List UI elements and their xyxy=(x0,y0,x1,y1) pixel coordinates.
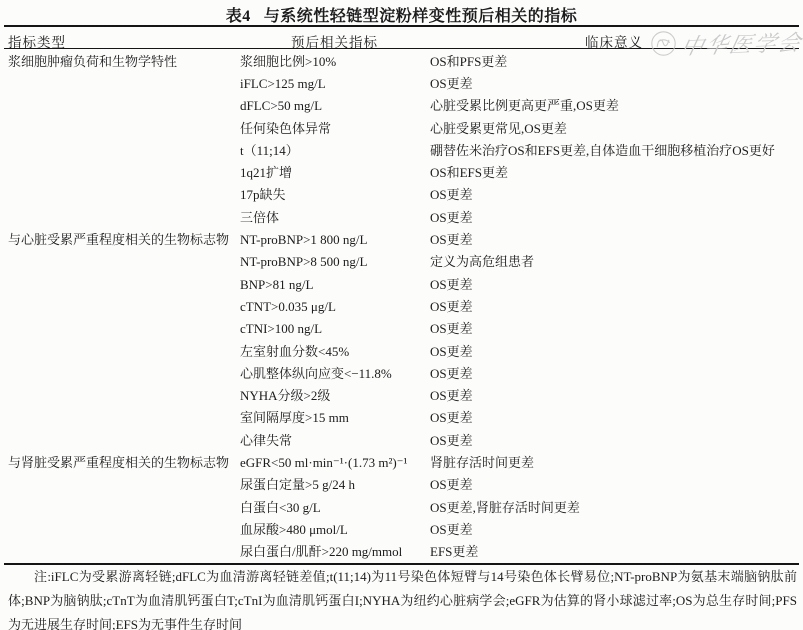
table-row: 尿蛋白定量>5 g/24 h OS更差 xyxy=(8,474,799,496)
table-row: 心肌整体纵向应变<−11.8% OS更差 xyxy=(8,362,799,384)
indicator-cell: 浆细胞比例>10% xyxy=(240,55,430,68)
meaning-cell: OS和PFS更差 xyxy=(430,55,799,68)
meaning-cell: OS更差 xyxy=(430,434,799,447)
table-row: 白蛋白<30 g/L OS更差,肾脏存活时间更差 xyxy=(8,496,799,518)
indicator-cell: 白蛋白<30 g/L xyxy=(240,501,430,514)
indicator-cell: 室间隔厚度>15 mm xyxy=(240,411,430,424)
table-row: NT-proBNP>8 500 ng/L 定义为高危组患者 xyxy=(8,251,799,273)
table-row: t（11;14） 硼替佐米治疗OS和EFS更差,自体造血干细胞移植治疗OS更好 xyxy=(8,139,799,161)
indicator-cell: eGFR<50 ml·min⁻¹·(1.73 m²)⁻¹ xyxy=(240,456,430,469)
table-header-row: 指标类型 预后相关指标 临床意义 xyxy=(8,31,795,47)
table-row: NYHA分级>2级 OS更差 xyxy=(8,384,799,406)
table-row: cTNT>0.035 μg/L OS更差 xyxy=(8,295,799,317)
meaning-cell: OS更差 xyxy=(430,411,799,424)
indicator-cell: 任何染色体异常 xyxy=(240,122,430,135)
table-row: 心律失常 OS更差 xyxy=(8,429,799,451)
table-title: 表4与系统性轻链型淀粉样变性预后相关的指标 xyxy=(0,3,803,26)
indicator-cell: 尿蛋白定量>5 g/24 h xyxy=(240,478,430,491)
meaning-cell: OS更差,肾脏存活时间更差 xyxy=(430,501,799,514)
table-row: 任何染色体异常 心脏受累更常见,OS更差 xyxy=(8,117,799,139)
table-row: iFLC>125 mg/L OS更差 xyxy=(8,72,799,94)
table-row: 尿白蛋白/肌酐>220 mg/mmol EFS更差 xyxy=(8,541,799,563)
meaning-cell: 肾脏存活时间更差 xyxy=(430,456,799,469)
meaning-cell: OS更差 xyxy=(430,188,799,201)
meaning-cell: OS和EFS更差 xyxy=(430,166,799,179)
indicator-cell: 心肌整体纵向应变<−11.8% xyxy=(240,367,430,380)
table-top-border xyxy=(4,25,799,27)
meaning-cell: OS更差 xyxy=(430,211,799,224)
indicator-cell: BNP>81 ng/L xyxy=(240,278,430,291)
journal-table-page: 表4与系统性轻链型淀粉样变性预后相关的指标 指标类型 预后相关指标 临床意义 浆… xyxy=(0,0,803,630)
indicator-cell: dFLC>50 mg/L xyxy=(240,99,430,112)
table-row: cTNI>100 ng/L OS更差 xyxy=(8,318,799,340)
meaning-cell: 心脏受累更常见,OS更差 xyxy=(430,122,799,135)
meaning-cell: OS更差 xyxy=(430,77,799,90)
table-row: 与心脏受累严重程度相关的生物标志物 NT-proBNP>1 800 ng/L O… xyxy=(8,228,799,250)
meaning-cell: OS更差 xyxy=(430,322,799,335)
meaning-cell: OS更差 xyxy=(430,367,799,380)
meaning-cell: 心脏受累比例更高更严重,OS更差 xyxy=(430,99,799,112)
table-body: 浆细胞肿瘤负荷和生物学特性 浆细胞比例>10% OS和PFS更差 iFLC>12… xyxy=(8,50,799,563)
meaning-cell: 硼替佐米治疗OS和EFS更差,自体造血干细胞移植治疗OS更好 xyxy=(430,144,799,157)
indicator-cell: 心律失常 xyxy=(240,434,430,447)
table-caption: 与系统性轻链型淀粉样变性预后相关的指标 xyxy=(264,8,578,25)
meaning-cell: OS更差 xyxy=(430,523,799,536)
table-row: 1q21扩增 OS和EFS更差 xyxy=(8,161,799,183)
table-number: 表4 xyxy=(226,8,251,25)
meaning-cell: OS更差 xyxy=(430,278,799,291)
table-row: 血尿酸>480 μmol/L OS更差 xyxy=(8,518,799,540)
meaning-cell: OS更差 xyxy=(430,345,799,358)
meaning-cell: EFS更差 xyxy=(430,545,799,558)
indicator-cell: 1q21扩增 xyxy=(240,166,430,179)
table-row: dFLC>50 mg/L 心脏受累比例更高更严重,OS更差 xyxy=(8,95,799,117)
table-row: 17p缺失 OS更差 xyxy=(8,184,799,206)
meaning-cell: OS更差 xyxy=(430,478,799,491)
category-cell: 浆细胞肿瘤负荷和生物学特性 xyxy=(8,55,240,68)
table-row: BNP>81 ng/L OS更差 xyxy=(8,273,799,295)
indicator-cell: 17p缺失 xyxy=(240,188,430,201)
indicator-cell: 左室射血分数<45% xyxy=(240,345,430,358)
header-separator-border xyxy=(4,48,799,49)
table-row: 室间隔厚度>15 mm OS更差 xyxy=(8,407,799,429)
indicator-cell: cTNT>0.035 μg/L xyxy=(240,300,430,313)
table-row: 三倍体 OS更差 xyxy=(8,206,799,228)
indicator-cell: NT-proBNP>1 800 ng/L xyxy=(240,233,430,246)
meaning-cell: OS更差 xyxy=(430,300,799,313)
table-row: 浆细胞肿瘤负荷和生物学特性 浆细胞比例>10% OS和PFS更差 xyxy=(8,50,799,72)
indicator-cell: cTNI>100 ng/L xyxy=(240,322,430,335)
meaning-cell: OS更差 xyxy=(430,389,799,402)
table-footnote: 注:iFLC为受累游离轻链;dFLC为血清游离轻链差值;t(11;14)为11号… xyxy=(8,565,797,630)
meaning-cell: 定义为高危组患者 xyxy=(430,255,799,268)
category-cell: 与心脏受累严重程度相关的生物标志物 xyxy=(8,233,240,246)
meaning-cell: OS更差 xyxy=(430,233,799,246)
indicator-cell: NYHA分级>2级 xyxy=(240,389,430,402)
indicator-cell: 三倍体 xyxy=(240,211,430,224)
table-row: 与肾脏受累严重程度相关的生物标志物 eGFR<50 ml·min⁻¹·(1.73… xyxy=(8,451,799,473)
indicator-cell: iFLC>125 mg/L xyxy=(240,77,430,90)
indicator-cell: NT-proBNP>8 500 ng/L xyxy=(240,255,430,268)
table-row: 左室射血分数<45% OS更差 xyxy=(8,340,799,362)
indicator-cell: 血尿酸>480 μmol/L xyxy=(240,523,430,536)
indicator-cell: t（11;14） xyxy=(240,144,430,157)
category-cell: 与肾脏受累严重程度相关的生物标志物 xyxy=(8,456,240,469)
indicator-cell: 尿白蛋白/肌酐>220 mg/mmol xyxy=(240,545,430,558)
